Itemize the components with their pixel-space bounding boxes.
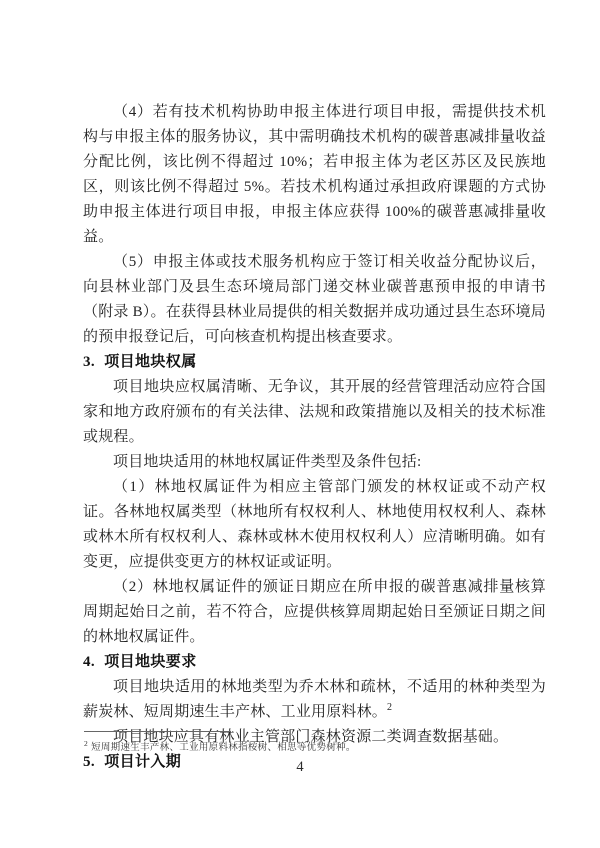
section-heading-3: 3. 项目地块权属	[83, 350, 546, 375]
document-page: （4）若有技术机构协助申报主体进行项目申报，需提供技术机构与申报主体的服务协议，…	[0, 0, 600, 848]
paragraph-item-5: （5）申报主体或技术服务机构应于签订相关收益分配协议后，向县林业部门及县生态环境…	[83, 250, 546, 350]
footnote: 2短周期速生丰产林、工业用原料林指桉树、相思等优势树种。	[84, 737, 524, 755]
paragraph-certificate-types-lead: 项目地块适用的林地权属证件类型及条件包括:	[83, 450, 546, 475]
footnote-marker: 2	[84, 739, 88, 748]
paragraph-land-tenure-intro: 项目地块应权属清晰、无争议，其开展的经营管理活动应符合国家和地方政府颁布的有关法…	[83, 375, 546, 450]
paragraph-certificate-condition-2: （2）林地权属证件的颁证日期应在所申报的碳普惠减排量核算周期起始日之前，若不符合…	[83, 575, 546, 650]
page-number: 4	[0, 759, 600, 776]
section-heading-4: 4. 项目地块要求	[83, 650, 546, 675]
footnote-separator	[84, 731, 231, 732]
paragraph-item-4: （4）若有技术机构协助申报主体进行项目申报，需提供技术机构与申报主体的服务协议，…	[83, 100, 546, 250]
footnote-text: 短周期速生丰产林、工业用原料林指桉树、相思等优势树种。	[91, 743, 356, 753]
footnote-reference: 2	[387, 702, 392, 713]
document-body: （4）若有技术机构协助申报主体进行项目申报，需提供技术机构与申报主体的服务协议，…	[83, 100, 546, 775]
paragraph-land-type: 项目地块适用的林地类型为乔木林和疏林，不适用的林种类型为薪炭林、短周期速生丰产林…	[83, 675, 546, 725]
paragraph-land-type-text: 项目地块适用的林地类型为乔木林和疏林，不适用的林种类型为薪炭林、短周期速生丰产林…	[83, 679, 546, 720]
paragraph-certificate-condition-1: （1）林地权属证件为相应主管部门颁发的林权证或不动产权证。各林地权属类型（林地所…	[83, 475, 546, 575]
